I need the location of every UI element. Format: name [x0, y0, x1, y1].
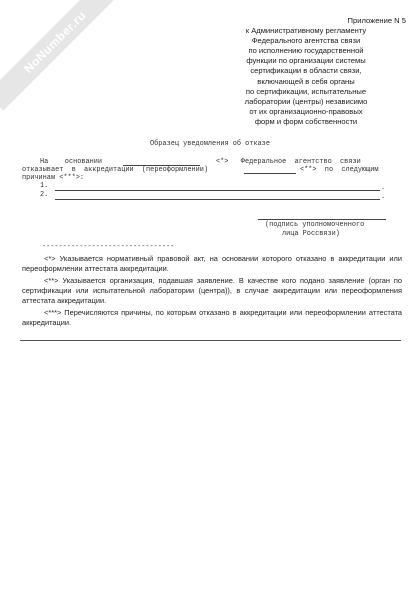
appendix-line: функции по организации системы [206, 56, 406, 66]
watermark: NoNumber.ru [0, 0, 124, 111]
item-number: 1. [40, 182, 48, 190]
appendix-header: Приложение N 5 к Административному регла… [206, 16, 406, 127]
footnote-1: <*> Указывается нормативный правовой акт… [22, 254, 402, 274]
reason-1-blank [55, 190, 380, 191]
agency-text: <*> Федеральное агентство связи [216, 158, 361, 166]
appendix-line: сертификации в области связи, [206, 66, 406, 76]
footnotes: <*> Указывается нормативный правовой акт… [22, 254, 402, 328]
item-number: 2. [40, 191, 48, 199]
footnote-3: <***> Перечисляются причины, по которым … [22, 308, 402, 328]
appendix-line: от их организационно-правовых [206, 107, 406, 117]
reasons-text: <**> по следующим [300, 166, 379, 174]
signature-caption: лица Россвязи) [282, 230, 340, 238]
organization-blank [244, 173, 296, 174]
appendix-line: включающей в себя органы [206, 77, 406, 87]
appendix-line: лаборатории (центры) независимо [206, 97, 406, 107]
appendix-line: форм и форм собственности [206, 117, 406, 127]
signature-line [258, 219, 386, 220]
reason-2-blank [55, 199, 380, 200]
basis-label: На основании [40, 158, 102, 166]
appendix-line: по сертификации, испытательные [206, 87, 406, 97]
reasons-label: причинам <***>: [22, 174, 84, 182]
appendix-line: Федерального агентства связи [206, 36, 406, 46]
footnote-separator: -------------------------------- [42, 243, 174, 251]
period: . [381, 193, 385, 201]
footnote-2: <**> Указывается организация, подавшая з… [22, 276, 402, 306]
appendix-line: к Административному регламенту [206, 26, 406, 36]
period: . [381, 184, 385, 192]
refusal-text: отказывает в аккредитации (переоформлени… [22, 166, 208, 174]
page-divider [20, 340, 401, 341]
appendix-title: Приложение N 5 [206, 16, 406, 26]
form-title: Образец уведомления об отказе [0, 140, 420, 148]
signature-caption: (подпись уполномоченного [265, 221, 364, 229]
appendix-line: по исполнению государственной [206, 46, 406, 56]
